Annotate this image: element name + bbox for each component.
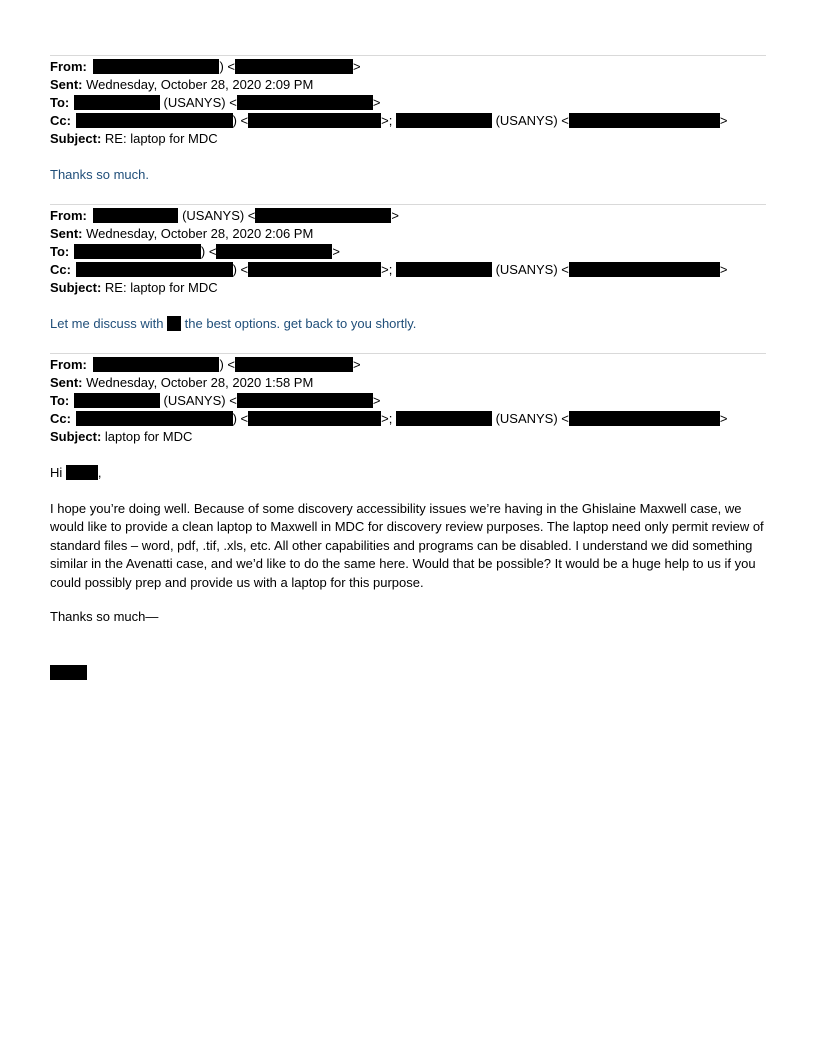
redaction <box>93 357 219 372</box>
from-punct: > <box>391 208 399 223</box>
cc-punct: (USANYS) < <box>492 411 569 426</box>
body-text: the best options. get back to you shortl… <box>181 316 416 331</box>
subject-value: RE: laptop for MDC <box>105 131 218 146</box>
redaction <box>396 411 492 426</box>
cc-punct: (USANYS) < <box>492 113 569 128</box>
cc-punct: >; <box>381 262 396 277</box>
redaction <box>237 393 373 408</box>
greeting: Hi , <box>50 464 766 482</box>
redaction <box>93 59 219 74</box>
cc-punct: > <box>720 262 728 277</box>
sent-value: Wednesday, October 28, 2020 1:58 PM <box>86 375 313 390</box>
to-label: To: <box>50 95 69 110</box>
sent-line: Sent: Wednesday, October 28, 2020 1:58 P… <box>50 374 766 392</box>
email-body-3: I hope you’re doing well. Because of som… <box>50 500 766 592</box>
to-punct: ) < <box>201 244 217 259</box>
email-divider <box>50 204 766 205</box>
redaction <box>248 262 381 277</box>
redaction <box>396 113 492 128</box>
from-line: From: ) <> <box>50 58 766 76</box>
redaction <box>66 465 98 480</box>
cc-label: Cc: <box>50 411 71 426</box>
from-label: From: <box>50 59 87 74</box>
from-punct: > <box>353 59 361 74</box>
sent-line: Sent: Wednesday, October 28, 2020 2:06 P… <box>50 225 766 243</box>
subject-line: Subject: RE: laptop for MDC <box>50 130 766 148</box>
sent-label: Sent: <box>50 226 83 241</box>
sent-label: Sent: <box>50 375 83 390</box>
from-punct: (USANYS) < <box>178 208 255 223</box>
subject-line: Subject: laptop for MDC <box>50 428 766 446</box>
cc-label: Cc: <box>50 262 71 277</box>
from-label: From: <box>50 357 87 372</box>
from-label: From: <box>50 208 87 223</box>
subject-label: Subject: <box>50 280 101 295</box>
cc-punct: ) < <box>233 262 249 277</box>
redaction <box>216 244 332 259</box>
to-line: To: (USANYS) <> <box>50 94 766 112</box>
redaction <box>235 357 353 372</box>
to-punct: (USANYS) < <box>160 95 237 110</box>
cc-line: Cc: ) <>; (USANYS) <> <box>50 261 766 279</box>
redaction <box>569 411 720 426</box>
redaction <box>396 262 492 277</box>
redaction <box>569 113 720 128</box>
to-line: To: (USANYS) <> <box>50 392 766 410</box>
redaction <box>248 411 381 426</box>
redaction <box>248 113 381 128</box>
cc-label: Cc: <box>50 113 71 128</box>
from-punct: ) < <box>219 59 235 74</box>
redaction <box>74 95 160 110</box>
email-body-1: Thanks so much. <box>50 166 766 184</box>
redaction <box>255 208 391 223</box>
subject-line: Subject: RE: laptop for MDC <box>50 279 766 297</box>
subject-value: RE: laptop for MDC <box>105 280 218 295</box>
email-header-1: From: ) <> Sent: Wednesday, October 28, … <box>50 58 766 148</box>
from-line: From: ) <> <box>50 356 766 374</box>
to-punct: > <box>373 393 381 408</box>
subject-label: Subject: <box>50 131 101 146</box>
email-header-2: From: (USANYS) <> Sent: Wednesday, Octob… <box>50 207 766 297</box>
redaction <box>74 244 201 259</box>
redaction <box>76 411 233 426</box>
redaction <box>569 262 720 277</box>
to-punct: > <box>332 244 340 259</box>
body-text: Let me discuss with <box>50 316 167 331</box>
subject-label: Subject: <box>50 429 101 444</box>
to-label: To: <box>50 244 69 259</box>
cc-punct: ) < <box>233 411 249 426</box>
to-punct: > <box>373 95 381 110</box>
redaction <box>74 393 160 408</box>
email-divider <box>50 353 766 354</box>
redaction <box>93 208 178 223</box>
cc-line: Cc: ) <>; (USANYS) <> <box>50 112 766 130</box>
email-body-2: Let me discuss with the best options. ge… <box>50 315 766 333</box>
sent-value: Wednesday, October 28, 2020 2:06 PM <box>86 226 313 241</box>
from-punct: ) < <box>219 357 235 372</box>
cc-line: Cc: ) <>; (USANYS) <> <box>50 410 766 428</box>
signature-redaction <box>50 665 87 680</box>
greeting-text: Hi <box>50 465 66 480</box>
redaction <box>76 113 233 128</box>
to-punct: (USANYS) < <box>160 393 237 408</box>
redaction <box>235 59 353 74</box>
cc-punct: > <box>720 411 728 426</box>
subject-value: laptop for MDC <box>105 429 192 444</box>
cc-punct: (USANYS) < <box>492 262 569 277</box>
to-line: To: ) <> <box>50 243 766 261</box>
sent-value: Wednesday, October 28, 2020 2:09 PM <box>86 77 313 92</box>
cc-punct: ) < <box>233 113 249 128</box>
redaction <box>237 95 373 110</box>
sent-label: Sent: <box>50 77 83 92</box>
cc-punct: >; <box>381 411 396 426</box>
from-line: From: (USANYS) <> <box>50 207 766 225</box>
to-label: To: <box>50 393 69 408</box>
cc-punct: > <box>720 113 728 128</box>
sent-line: Sent: Wednesday, October 28, 2020 2:09 P… <box>50 76 766 94</box>
redaction <box>76 262 233 277</box>
email-divider <box>50 55 766 56</box>
closing: Thanks so much— <box>50 608 766 626</box>
redaction <box>167 316 181 331</box>
email-header-3: From: ) <> Sent: Wednesday, October 28, … <box>50 356 766 446</box>
from-punct: > <box>353 357 361 372</box>
cc-punct: >; <box>381 113 396 128</box>
greeting-text: , <box>98 465 102 480</box>
